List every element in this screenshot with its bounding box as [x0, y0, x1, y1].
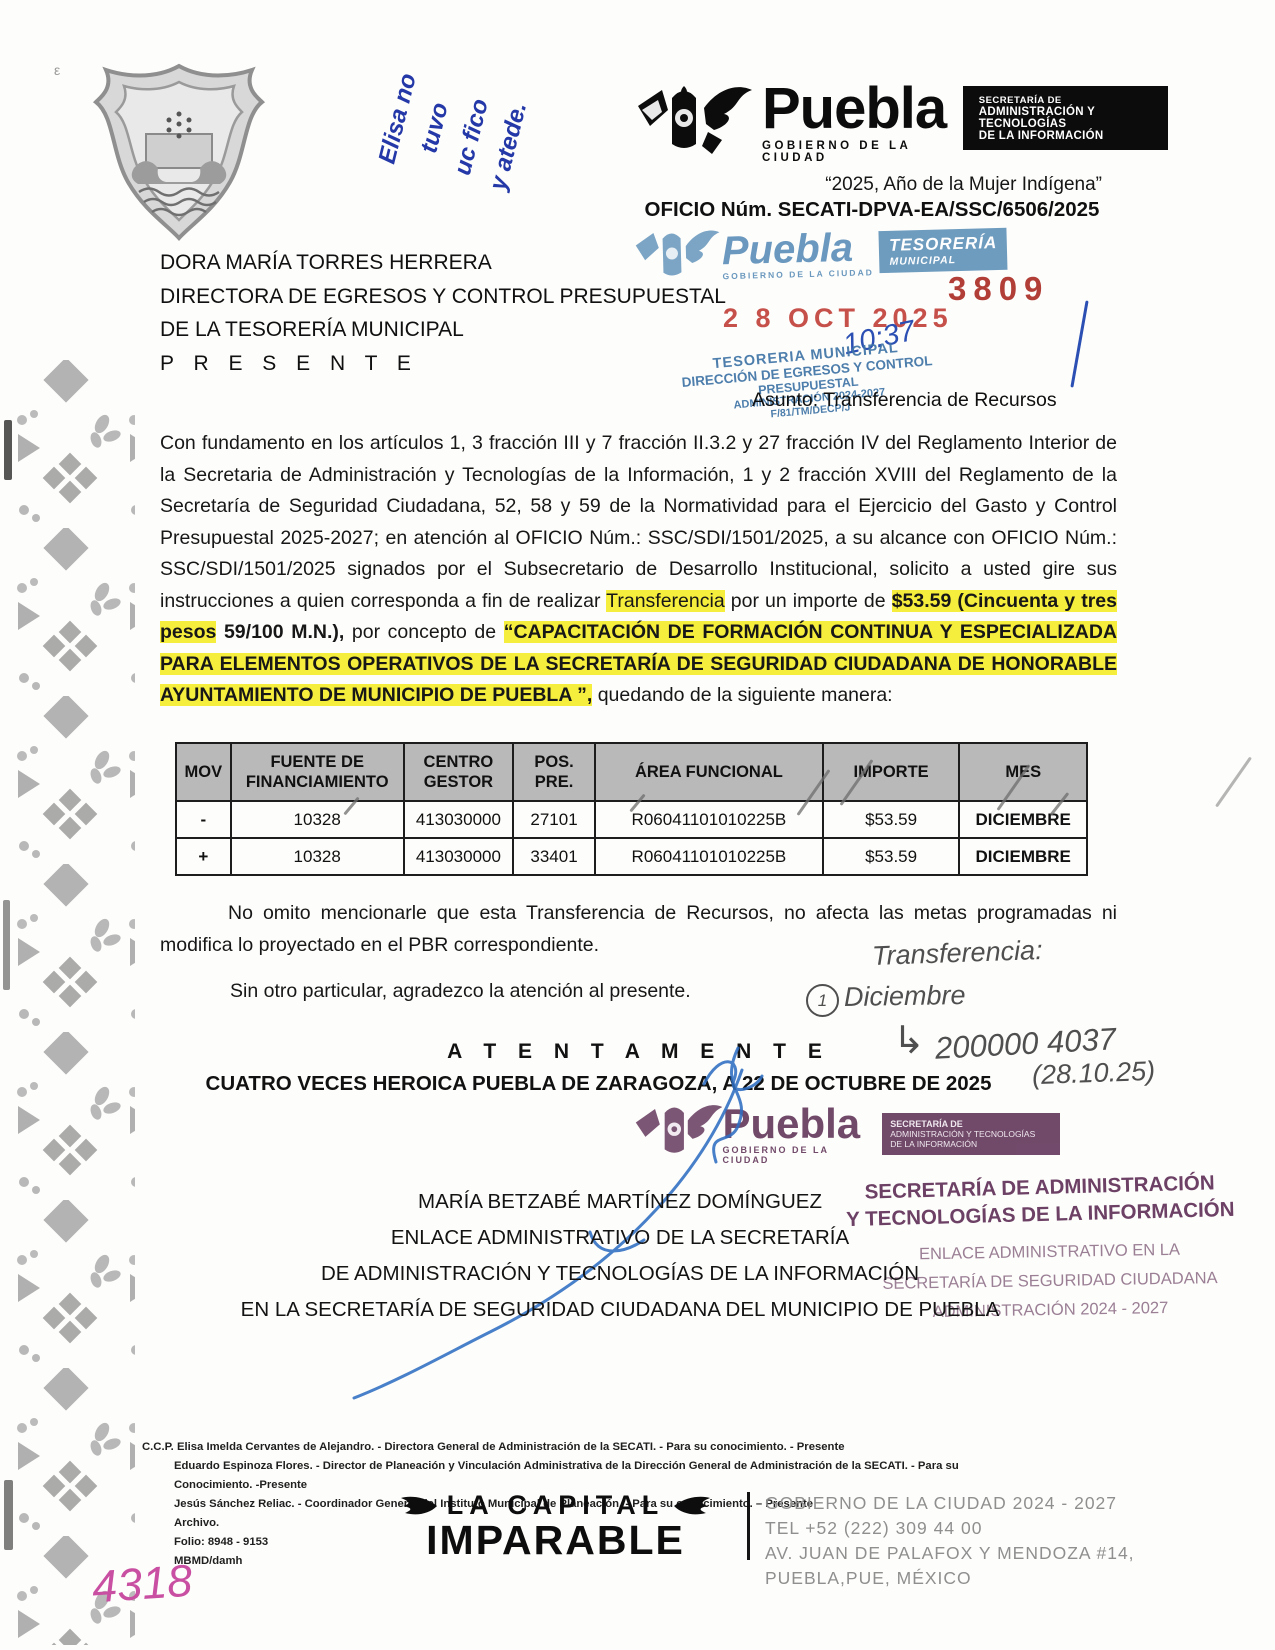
cell-mov: + [176, 838, 231, 875]
col-centro: CENTRO GESTOR [404, 743, 513, 801]
table-row: + 10328 413030000 33401 R06041101010225B… [176, 838, 1087, 875]
city-crest [84, 58, 274, 248]
col-area: ÁREA FUNCIONAL [595, 743, 823, 801]
handwritten-circled-number: 1 [806, 984, 839, 1017]
cell-mes: DICIEMBRE [959, 838, 1087, 875]
subject-line: Asunto: Transferencia de Recursos [752, 389, 1057, 412]
signer-block: MARÍA BETZABÉ MARTÍNEZ DOMÍNGUEZ ENLACE … [170, 1184, 1070, 1328]
body-paragraph-1: Con fundamento en los artículos 1, 3 fra… [160, 428, 1117, 712]
wing-left-icon [399, 1494, 439, 1518]
ccp-line: C.C.P. Elisa Imelda Cervantes de Alejand… [142, 1438, 982, 1457]
talavera-border-pattern [10, 360, 135, 1645]
table-header-row: MOV FUENTE DE FINANCIAMIENTO CENTRO GEST… [176, 743, 1087, 801]
cell-centro: 413030000 [404, 838, 513, 875]
secretariat-line: DE LA INFORMACIÓN [979, 130, 1158, 142]
address-line: AV. JUAN DE PALAFOX Y MENDOZA #14, [765, 1541, 1135, 1566]
wing-right-icon [672, 1494, 712, 1518]
cell-fuente: 10328 [231, 838, 404, 875]
secati-stamp-line: DE LA INFORMACIÓN [890, 1139, 1052, 1149]
tesoreria-stamp-line: TESORERÍA [889, 233, 998, 256]
signer-name: MARÍA BETZABÉ MARTÍNEZ DOMÍNGUEZ [170, 1184, 1070, 1220]
cell-fuente: 10328 [231, 801, 404, 838]
col-fuente: FUENTE DE FINANCIAMIENTO [231, 743, 404, 801]
scan-artifact: ε [54, 62, 60, 78]
recipient-presente: P R E S E N T E [160, 347, 726, 381]
secretariat-line: ADMINISTRACIÓN Y TECNOLOGÍAS [979, 106, 1158, 130]
address-line: PUEBLA,PUE, MÉXICO [765, 1566, 1135, 1591]
col-importe: IMPORTE [823, 743, 960, 801]
puebla-header-logo: Puebla GOBIERNO DE LA CIUDAD SECRETARÍA … [628, 80, 1168, 168]
col-pos: POS. PRE. [513, 743, 595, 801]
address-line: GOBIERNO DE LA CIUDAD 2024 - 2027 [765, 1491, 1135, 1516]
received-date-stamp: 2 8 OCT 2025 [723, 303, 953, 334]
recipient-title: DE LA TESORERÍA MUNICIPAL [160, 313, 726, 347]
cell-pos: 27101 [513, 801, 595, 838]
cell-area: R06041101010225B [595, 838, 823, 875]
cell-area: R06041101010225B [595, 801, 823, 838]
capital-imparable-logo: LA CAPITAL IMPARABLE [388, 1490, 723, 1564]
tesoreria-stamp-box: TESORERÍA MUNICIPAL [879, 228, 1008, 273]
scan-edge-mark [4, 420, 12, 480]
handwritten-top-note: Elisa no tuvo uc fico y atede. [354, 10, 586, 263]
signer-role: EN LA SECRETARÍA DE SEGURIDAD CIUDADANA … [170, 1292, 1070, 1328]
cell-mov: - [176, 801, 231, 838]
scan-edge-mark [3, 900, 10, 990]
secati-stamp-line: ADMINISTRACIÓN Y TECNOLOGÍAS [890, 1129, 1052, 1139]
footer-address: GOBIERNO DE LA CIUDAD 2024 - 2027 TEL +5… [765, 1491, 1135, 1591]
p1-text: Con fundamento en los artículos 1, 3 fra… [160, 432, 1117, 612]
tesoreria-stamp-line: MUNICIPAL [889, 253, 997, 268]
footer-divider [747, 1492, 750, 1560]
pen-stroke [1070, 300, 1088, 387]
pen-tick [1215, 757, 1252, 808]
cell-centro: 413030000 [404, 801, 513, 838]
secretariat-line: SECRETARÍA DE [979, 95, 1158, 106]
secretariat-box: SECRETARÍA DE ADMINISTRACIÓN Y TECNOLOGÍ… [963, 86, 1168, 150]
puebla-logo-icon [628, 80, 756, 168]
p1-text: por un importe de [725, 590, 892, 612]
p1-highlight: Transferencia [606, 590, 725, 612]
secati-stamp-box: SECRETARÍA DE ADMINISTRACIÓN Y TECNOLOGÍ… [882, 1113, 1060, 1155]
handwritten-pink-number: 4318 [90, 1555, 193, 1614]
brand-tagline: GOBIERNO DE LA CIUDAD [762, 140, 953, 164]
received-folio-stamp: 3809 [948, 270, 1049, 308]
scan-edge-mark [4, 1480, 13, 1550]
p1-text: por concepto de [344, 621, 503, 643]
secati-stamp-line: SECRETARÍA DE [890, 1119, 1052, 1129]
p1-amount-words: 59/100 M.N.), [216, 621, 344, 643]
cell-importe: $53.59 [823, 838, 960, 875]
handwritten-transfer-title: Transferencia: [872, 935, 1044, 972]
cell-pos: 33401 [513, 838, 595, 875]
slogan-line-2: IMPARABLE [388, 1517, 723, 1564]
signer-role: DE ADMINISTRACIÓN Y TECNOLOGÍAS DE LA IN… [170, 1256, 1070, 1292]
body-paragraph-3: Sin otro particular, agradezco la atenci… [230, 980, 691, 1003]
brand-wordmark: Puebla [762, 80, 953, 138]
col-mov: MOV [176, 743, 231, 801]
p1-text: quedando de la siguiente manera: [592, 684, 892, 706]
scanned-letter-page: ε Elisa no tuvo uc fico y atede. [0, 0, 1275, 1650]
cell-importe: $53.59 [823, 801, 960, 838]
address-line: TEL +52 (222) 309 44 00 [765, 1516, 1135, 1541]
tesoreria-stamp-icon [629, 223, 723, 291]
cell-mes: DICIEMBRE [959, 801, 1087, 838]
handwritten-month: Diciembre [844, 980, 966, 1013]
year-legend: “2025, Año de la Mujer Indígena” [640, 174, 1102, 196]
signer-role: ENLACE ADMINISTRATIVO DE LA SECRETARÍA [170, 1220, 1070, 1256]
tesoreria-stamp-brand: Puebla [721, 227, 873, 271]
